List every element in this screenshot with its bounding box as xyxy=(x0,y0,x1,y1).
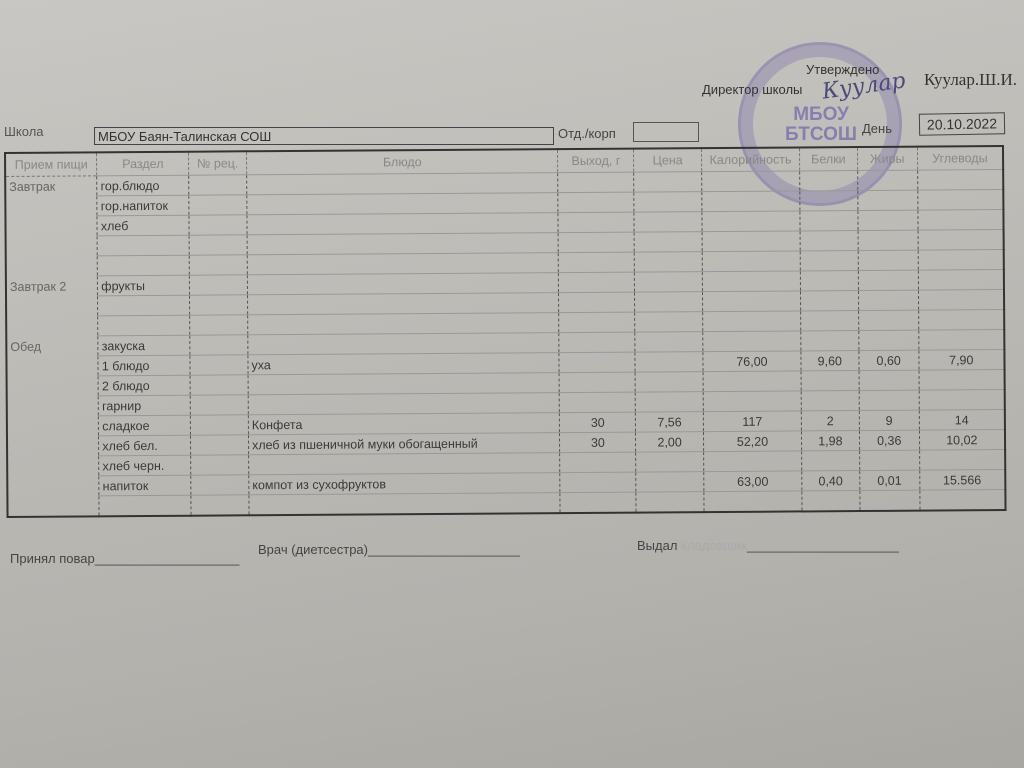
dept-field xyxy=(633,122,699,142)
cell-kcal xyxy=(703,371,801,392)
cell-yield xyxy=(560,372,636,393)
cell-protein: 9,60 xyxy=(801,351,859,371)
director-name: Куулар.Ш.И. xyxy=(924,70,1017,90)
cell-dish xyxy=(248,313,560,335)
cell-kcal xyxy=(704,491,802,512)
cell-protein: 1,98 xyxy=(801,431,859,451)
cell-kcal xyxy=(703,311,801,332)
cell-recipe xyxy=(191,435,249,455)
stamp-text: МБОУ БТСОШ xyxy=(771,105,871,145)
cell-yield: 30 xyxy=(560,412,636,433)
cell-section: 2 блюдо xyxy=(98,375,190,396)
cell-yield xyxy=(558,192,634,213)
cell-meal: Обед xyxy=(6,336,98,357)
cell-meal xyxy=(7,396,99,417)
cell-kcal xyxy=(702,291,800,312)
cell-recipe xyxy=(190,375,248,395)
day-label: День xyxy=(862,121,892,136)
school-label: Школа xyxy=(4,124,44,139)
cell-fat xyxy=(860,490,920,511)
cell-meal xyxy=(5,196,97,217)
doctor-label: Врач (диетсестра) xyxy=(258,542,368,557)
storekeeper-label-faded: кладовщик xyxy=(677,538,747,553)
cell-protein: 2 xyxy=(801,411,859,431)
cell-fat xyxy=(859,390,919,410)
cell-dish xyxy=(247,293,559,315)
cell-meal xyxy=(7,496,99,517)
cell-meal: Завтрак 2 xyxy=(6,276,98,297)
cell-kcal: 76,00 xyxy=(703,351,801,372)
cell-carbs xyxy=(918,250,1004,271)
cell-protein xyxy=(800,291,858,311)
cell-carbs xyxy=(918,210,1004,231)
cell-carbs: 10,02 xyxy=(919,430,1005,451)
cell-dish xyxy=(248,373,560,395)
cell-price xyxy=(634,212,702,232)
cell-dish xyxy=(247,273,559,295)
cell-price xyxy=(636,492,704,513)
cell-protein xyxy=(802,451,860,471)
cell-kcal xyxy=(703,331,801,352)
cell-yield xyxy=(560,492,636,513)
cell-fat xyxy=(858,250,918,270)
cell-section: сладкое xyxy=(99,415,191,436)
cell-price xyxy=(635,392,703,412)
cell-recipe xyxy=(190,395,248,415)
cell-dish: Конфета xyxy=(248,413,560,435)
cell-meal xyxy=(6,236,98,257)
cell-yield xyxy=(560,452,636,473)
cell-meal xyxy=(7,436,99,457)
cell-price xyxy=(635,312,703,332)
cell-carbs xyxy=(918,230,1004,251)
cell-recipe xyxy=(190,335,248,355)
cell-carbs xyxy=(917,190,1003,211)
doctor-blank: _____________________ xyxy=(368,542,520,557)
cook-signature-line: Принял повар____________________ xyxy=(10,551,239,566)
cell-carbs: 15.566 xyxy=(919,470,1005,491)
cell-section: 1 блюдо xyxy=(98,355,190,376)
storekeeper-label: Выдал xyxy=(637,538,677,553)
cell-protein xyxy=(802,491,860,512)
cell-recipe xyxy=(190,355,248,375)
cell-recipe xyxy=(191,455,249,475)
cell-fat xyxy=(858,270,918,290)
cell-kcal xyxy=(702,171,800,192)
cell-meal xyxy=(6,316,98,337)
cell-dish xyxy=(247,173,559,195)
cell-carbs xyxy=(918,270,1004,291)
cell-section: хлеб xyxy=(97,215,189,236)
cell-meal: Завтрак xyxy=(5,176,97,197)
cell-recipe xyxy=(189,175,247,195)
cell-yield xyxy=(559,312,635,333)
date-field: 20.10.2022 xyxy=(919,112,1005,135)
cell-recipe xyxy=(191,475,249,495)
cell-fat xyxy=(858,210,918,230)
cell-section xyxy=(98,295,190,316)
cook-blank: ____________________ xyxy=(95,551,240,566)
cell-fat xyxy=(858,290,918,310)
cell-carbs: 7,90 xyxy=(919,350,1005,371)
cell-price xyxy=(636,472,704,492)
cell-protein: 0,40 xyxy=(802,471,860,491)
cell-recipe xyxy=(190,275,248,295)
menu-table-container: Прием пищиРаздел№ рец.БлюдоВыход, гЦенаК… xyxy=(4,145,1008,512)
cell-recipe xyxy=(189,195,247,215)
cell-yield xyxy=(559,232,635,253)
cell-yield xyxy=(558,212,634,233)
cell-section: фрукты xyxy=(98,275,190,296)
cell-price xyxy=(634,192,702,212)
cell-recipe xyxy=(191,495,249,516)
cell-fat xyxy=(859,330,919,350)
column-header: Цена xyxy=(634,148,702,172)
cell-section: гор.блюдо xyxy=(97,175,189,196)
column-header: Блюдо xyxy=(246,149,558,175)
cell-carbs xyxy=(919,390,1005,411)
cell-carbs xyxy=(919,490,1005,511)
cell-meal xyxy=(7,416,99,437)
cell-dish xyxy=(249,453,561,475)
cell-carbs: 14 xyxy=(919,410,1005,431)
cell-carbs xyxy=(918,310,1004,331)
cell-recipe xyxy=(190,315,248,335)
cell-price xyxy=(635,272,703,292)
cell-price xyxy=(636,452,704,472)
cell-protein xyxy=(801,371,859,391)
cell-fat: 0,01 xyxy=(860,470,920,490)
cell-meal xyxy=(5,216,97,237)
cell-protein xyxy=(801,311,859,331)
column-header: Прием пищи xyxy=(5,152,97,176)
cell-price xyxy=(635,292,703,312)
cell-recipe xyxy=(190,295,248,315)
cell-kcal xyxy=(702,211,800,232)
cell-yield xyxy=(558,172,634,193)
cell-price xyxy=(635,372,703,392)
director-label: Директор школы xyxy=(702,82,802,97)
column-header: Белки xyxy=(799,147,857,171)
cell-dish xyxy=(247,233,559,255)
cell-price: 7,56 xyxy=(636,412,704,432)
cell-carbs xyxy=(919,450,1005,471)
school-field: МБОУ Баян-Талинская СОШ xyxy=(94,127,554,145)
cell-fat xyxy=(858,310,918,330)
cell-fat xyxy=(859,450,919,470)
cell-yield xyxy=(559,292,635,313)
cell-fat xyxy=(859,370,919,390)
cell-price: 2,00 xyxy=(636,432,704,452)
cell-protein xyxy=(800,211,858,231)
cook-label: Принял повар xyxy=(10,551,95,566)
cell-kcal xyxy=(704,451,802,472)
cell-yield xyxy=(560,472,636,493)
storekeeper-blank: _____________________ xyxy=(747,538,899,553)
cell-fat: 0,36 xyxy=(859,430,919,450)
cell-yield: 30 xyxy=(560,432,636,453)
cell-kcal xyxy=(703,391,801,412)
cell-fat xyxy=(857,170,917,190)
dept-label: Отд./корп xyxy=(558,126,616,141)
cell-recipe xyxy=(189,255,247,275)
cell-section: гарнир xyxy=(99,395,191,416)
column-header: Калорийность xyxy=(701,147,799,171)
cell-recipe xyxy=(189,235,247,255)
cell-kcal xyxy=(702,271,800,292)
cell-protein xyxy=(800,271,858,291)
cell-price xyxy=(635,332,703,352)
cell-dish xyxy=(247,253,559,275)
cell-meal xyxy=(6,296,98,317)
doctor-signature-line: Врач (диетсестра)_____________________ xyxy=(258,542,520,557)
cell-dish: уха xyxy=(248,353,560,375)
cell-dish xyxy=(247,213,559,235)
cell-section xyxy=(99,495,191,516)
cell-kcal: 117 xyxy=(703,411,801,432)
cell-price xyxy=(634,172,702,192)
column-header: Углеводы xyxy=(917,146,1003,170)
cell-recipe xyxy=(191,415,249,435)
cell-section: закуска xyxy=(98,335,190,356)
cell-protein xyxy=(800,171,858,191)
cell-meal xyxy=(7,476,99,497)
cell-kcal xyxy=(702,231,800,252)
cell-section: гор.напиток xyxy=(97,195,189,216)
cell-dish: хлеб из пшеничной муки обогащенный xyxy=(248,433,560,455)
cell-meal xyxy=(6,256,98,277)
column-header: Раздел xyxy=(97,152,189,176)
column-header: № рец. xyxy=(189,151,247,175)
cell-dish xyxy=(248,333,560,355)
cell-dish xyxy=(249,493,561,516)
cell-protein xyxy=(800,191,858,211)
cell-protein xyxy=(800,231,858,251)
cell-protein xyxy=(800,251,858,271)
cell-dish xyxy=(248,393,560,415)
cell-dish: компот из сухофруктов xyxy=(249,473,561,495)
cell-section xyxy=(97,235,189,256)
cell-fat xyxy=(858,190,918,210)
cell-yield xyxy=(559,352,635,373)
cell-kcal: 63,00 xyxy=(704,471,802,492)
cell-section xyxy=(98,315,190,336)
menu-table: Прием пищиРаздел№ рец.БлюдоВыход, гЦенаК… xyxy=(4,145,1007,518)
cell-protein xyxy=(801,391,859,411)
cell-meal xyxy=(7,456,99,477)
cell-section: напиток xyxy=(99,475,191,496)
cell-fat: 9 xyxy=(859,410,919,430)
cell-section: хлеб бел. xyxy=(99,435,191,456)
cell-fat: 0,60 xyxy=(859,350,919,370)
cell-yield xyxy=(559,332,635,353)
cell-recipe xyxy=(189,215,247,235)
cell-section xyxy=(98,255,190,276)
cell-section: хлеб черн. xyxy=(99,455,191,476)
cell-kcal xyxy=(702,251,800,272)
cell-carbs xyxy=(919,370,1005,391)
cell-yield xyxy=(559,252,635,273)
storekeeper-signature-line: Выдал кладовщик_____________________ xyxy=(637,538,899,553)
cell-price xyxy=(635,352,703,372)
cell-carbs xyxy=(917,170,1003,191)
cell-protein xyxy=(801,331,859,351)
cell-meal xyxy=(7,376,99,397)
cell-dish xyxy=(247,193,559,215)
column-header: Жиры xyxy=(857,147,917,171)
cell-carbs xyxy=(918,330,1004,351)
cell-price xyxy=(634,252,702,272)
cell-fat xyxy=(858,230,918,250)
table-body: Завтракгор.блюдогор.напитокхлебЗавтрак 2… xyxy=(5,170,1005,517)
cell-yield xyxy=(560,392,636,413)
cell-kcal xyxy=(702,191,800,212)
cell-price xyxy=(634,232,702,252)
column-header: Выход, г xyxy=(558,149,634,173)
cell-meal xyxy=(6,356,98,377)
cell-carbs xyxy=(918,290,1004,311)
cell-kcal: 52,20 xyxy=(703,431,801,452)
cell-yield xyxy=(559,272,635,293)
